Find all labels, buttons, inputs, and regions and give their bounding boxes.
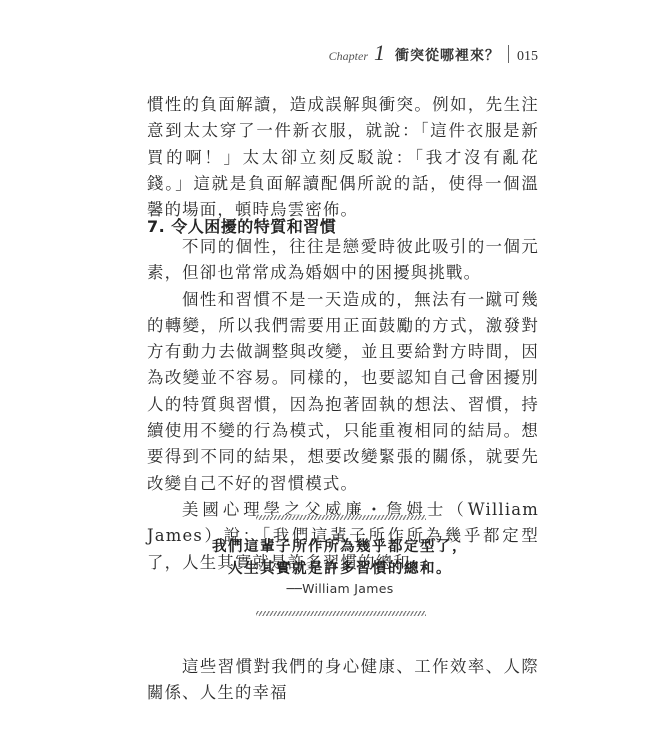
body-block-1: 慣性的負面解讀，造成誤解與衝突。例如，先生注意到太太穿了一件新衣服，就說：「這件… xyxy=(147,92,539,223)
chapter-number: 1 xyxy=(374,42,385,64)
running-header: Chapter 1 衝突從哪裡來？ 015 xyxy=(329,42,538,65)
body-block-3: 這些習慣對我們的身心健康、工作效率、人際關係、人生的幸福 xyxy=(147,654,539,707)
quote-attribution: ──William James xyxy=(0,579,650,599)
pull-quote: 我們這輩子所作所為幾乎都定型了， 人生其實就是許多習慣的總和。 ──Willia… xyxy=(0,536,650,599)
paragraph-negative-interpretation: 慣性的負面解讀，造成誤解與衝突。例如，先生注意到太太穿了一件新衣服，就說：「這件… xyxy=(147,92,539,223)
page-number: 015 xyxy=(517,49,538,65)
quote-line-1: 我們這輩子所作所為幾乎都定型了， xyxy=(0,536,650,558)
quote-divider-bottom xyxy=(256,611,426,616)
chapter-label: Chapter xyxy=(329,49,368,64)
body-block-2: 不同的個性，往往是戀愛時彼此吸引的一個元素，但卻也常常成為婚姻中的困擾與挑戰。 … xyxy=(147,234,539,576)
quote-divider-top xyxy=(256,515,426,520)
paragraph-personality: 不同的個性，往往是戀愛時彼此吸引的一個元素，但卻也常常成為婚姻中的困擾與挑戰。 xyxy=(147,234,539,287)
quote-line-2: 人生其實就是許多習慣的總和。 xyxy=(0,558,650,580)
chapter-title: 衝突從哪裡來？ xyxy=(395,45,500,65)
header-divider xyxy=(508,45,509,63)
paragraph-habits-change: 個性和習慣不是一天造成的，無法有一蹴可幾的轉變，所以我們需要用正面鼓勵的方式，激… xyxy=(147,287,539,497)
paragraph-habits-effects: 這些習慣對我們的身心健康、工作效率、人際關係、人生的幸福 xyxy=(147,654,539,707)
